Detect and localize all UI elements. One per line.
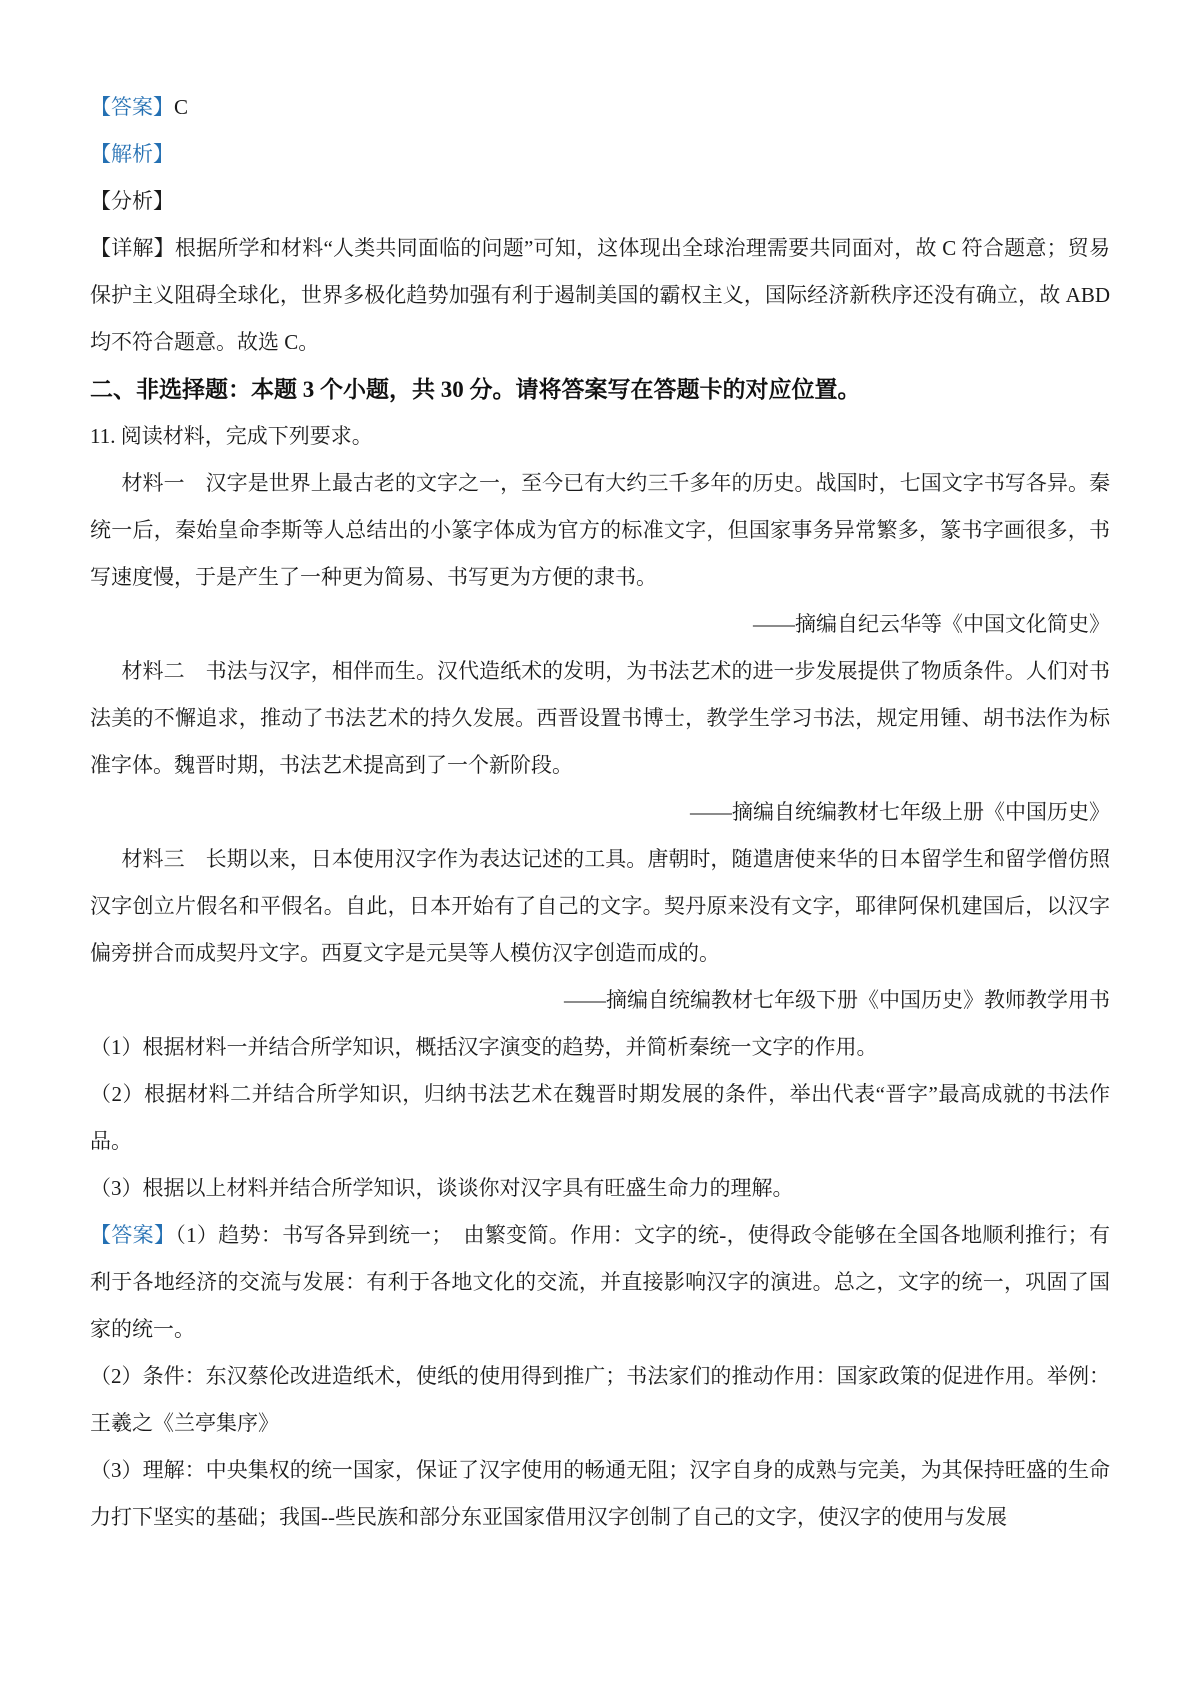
q11-sub-question-3: （3）根据以上材料并结合所学知识，谈谈你对汉字具有旺盛生命力的理解。 [90, 1165, 1110, 1212]
q10-jiexi-label: 【解析】 [90, 142, 174, 166]
q11-material-2-source: ——摘编自统编教材七年级上册《中国历史》 [90, 789, 1110, 836]
q11-answer-paragraph-2: （2）条件：东汉蔡伦改进造纸术，使纸的使用得到推广；书法家们的推动作用：国家政策… [90, 1353, 1110, 1447]
q10-detail-paragraph: 【详解】根据所学和材料“人类共同面临的问题”可知，这体现出全球治理需要共同面对，… [90, 225, 1110, 366]
q11-answer-paragraph-3: （3）理解：中央集权的统一国家，保证了汉字使用的畅通无阻；汉字自身的成熟与完美，… [90, 1447, 1110, 1541]
q11-answer-label: 【答案】 [90, 1223, 175, 1247]
q10-detail-label: 【详解】 [90, 236, 175, 260]
q10-fenxi-label: 【分析】 [90, 189, 174, 213]
q11-material-2: 材料二 书法与汉字，相伴而生。汉代造纸术的发明，为书法艺术的进一步发展提供了物质… [90, 648, 1110, 789]
q11-material-3-source: ——摘编自统编教材七年级下册《中国历史》教师教学用书 [90, 977, 1110, 1024]
q10-answer-label: 【答案】 [90, 95, 174, 119]
q11-sub-question-2: （2）根据材料二并结合所学知识，归纳书法艺术在魏晋时期发展的条件，举出代表“晋字… [90, 1071, 1110, 1165]
q11-material-1: 材料一 汉字是世界上最古老的文字之一，至今已有大约三千多年的历史。战国时，七国文… [90, 460, 1110, 601]
q11-material-1-source: ——摘编自纪云华等《中国文化简史》 [90, 601, 1110, 648]
q11-material-3: 材料三 长期以来，日本使用汉字作为表达记述的工具。唐朝时，随遣唐使来华的日本留学… [90, 836, 1110, 977]
q10-detail-text: 根据所学和材料“人类共同面临的问题”可知，这体现出全球治理需要共同面对，故 C … [90, 236, 1110, 354]
section-heading-non-choice: 二、非选择题：本题 3 个小题，共 30 分。请将答案写在答题卡的对应位置。 [90, 366, 1110, 413]
q11-stem: 11. 阅读材料，完成下列要求。 [90, 413, 1110, 460]
q11-answer-1-text: （1）趋势：书写各异到统一； 由繁变简。作用：文字的统-，使得政令能够在全国各地… [90, 1223, 1110, 1341]
q10-answer-line: 【答案】C [90, 84, 1110, 131]
q11-sub-question-1: （1）根据材料一并结合所学知识，概括汉字演变的趋势，并简析秦统一文字的作用。 [90, 1024, 1110, 1071]
q10-answer-value: C [174, 95, 188, 119]
exam-answer-document-page: 【答案】C 【解析】 【分析】 【详解】根据所学和材料“人类共同面临的问题”可知… [0, 0, 1200, 1698]
q10-fenxi-line: 【分析】 [90, 178, 1110, 225]
q10-jiexi-line: 【解析】 [90, 131, 1110, 178]
q11-answer-paragraph-1: 【答案】（1）趋势：书写各异到统一； 由繁变简。作用：文字的统-，使得政令能够在… [90, 1212, 1110, 1353]
